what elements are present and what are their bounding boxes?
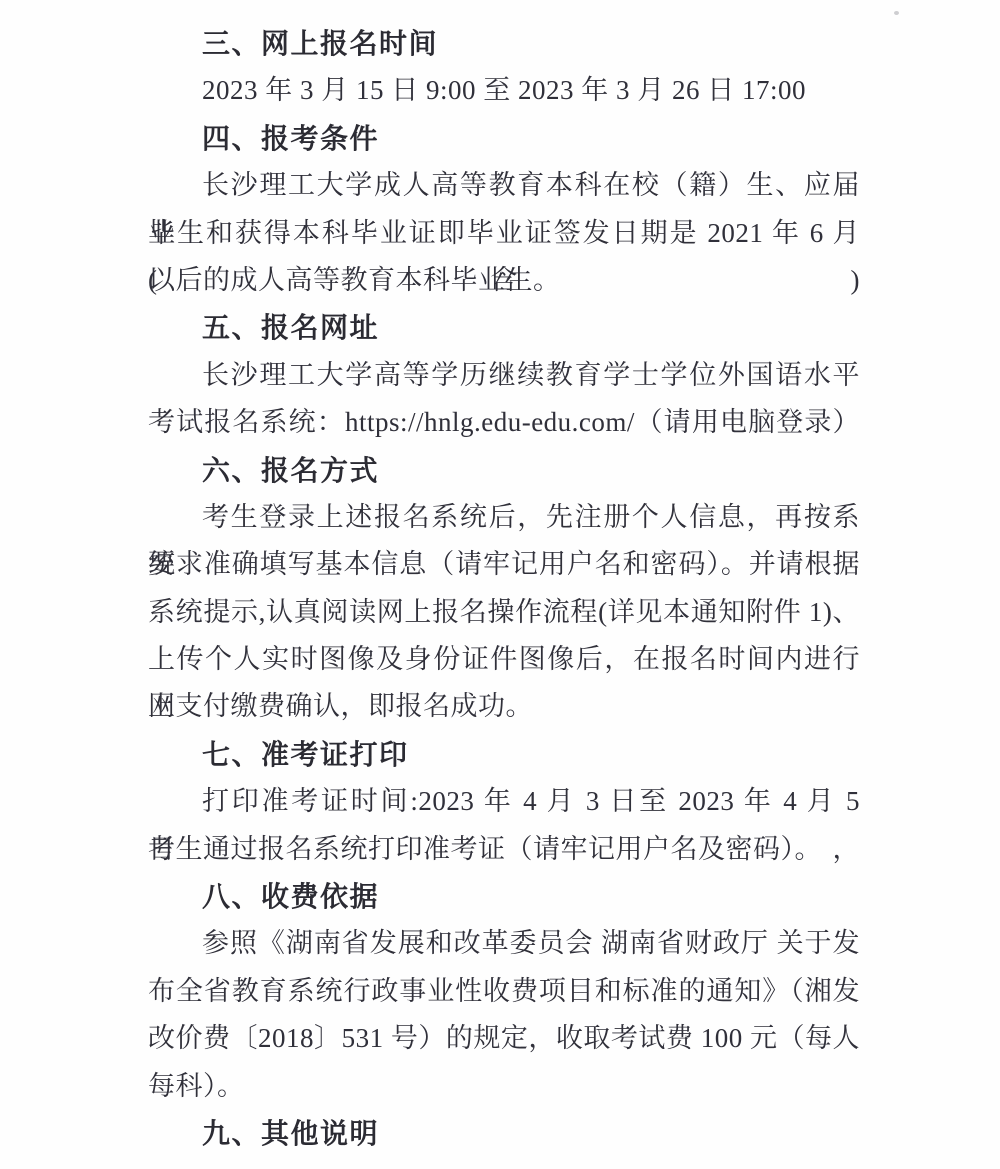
text-line: 参照《湖南省发展和改革委员会 湖南省财政厅 关于发 bbox=[148, 920, 860, 967]
section-heading: 七、准考证打印 bbox=[148, 731, 860, 778]
section-heading: 五、报名网址 bbox=[148, 304, 860, 351]
section-heading: 四、报考条件 bbox=[148, 115, 860, 162]
section-heading: 三、网上报名时间 bbox=[148, 20, 860, 67]
text-line: 考生通过报名系统打印准考证（请牢记用户名及密码）。 bbox=[148, 826, 860, 873]
text-line: 业生和获得本科毕业证即毕业证签发日期是 2021 年 6 月(含) bbox=[148, 210, 860, 257]
document-page: 三、网上报名时间2023 年 3 月 15 日 9:00 至 2023 年 3 … bbox=[0, 0, 1000, 1169]
text-line: 考试报名系统：https://hnlg.edu-edu.com/（请用电脑登录） bbox=[148, 399, 860, 446]
text-line: 上支付缴费确认，即报名成功。 bbox=[148, 683, 860, 730]
text-line: 打印准考证时间:2023 年 4 月 3 日至 2023 年 4 月 5 日， bbox=[148, 778, 860, 825]
text-line: 系统提示,认真阅读网上报名操作流程(详见本通知附件 1)、 bbox=[148, 589, 860, 636]
text-line: 上传个人实时图像及身份证件图像后，在报名时间内进行网 bbox=[148, 636, 860, 683]
document-content: 三、网上报名时间2023 年 3 月 15 日 9:00 至 2023 年 3 … bbox=[148, 20, 860, 1157]
section-heading: 六、报名方式 bbox=[148, 447, 860, 494]
text-line: 2023 年 3 月 15 日 9:00 至 2023 年 3 月 26 日 1… bbox=[148, 67, 860, 114]
text-line: 长沙理工大学高等学历继续教育学士学位外国语水平 bbox=[148, 352, 860, 399]
text-line: 要求准确填写基本信息（请牢记用户名和密码）。并请根据 bbox=[148, 541, 860, 588]
section-heading: 八、收费依据 bbox=[148, 873, 860, 920]
text-line: 改价费〔2018〕531 号）的规定，收取考试费 100 元（每人 bbox=[148, 1015, 860, 1062]
text-line: 考生登录上述报名系统后，先注册个人信息，再按系统 bbox=[148, 494, 860, 541]
text-line: 布全省教育系统行政事业性收费项目和标准的通知》（湘发 bbox=[148, 968, 860, 1015]
scan-artifact bbox=[894, 11, 899, 15]
text-line: 长沙理工大学成人高等教育本科在校（籍）生、应届毕 bbox=[148, 162, 860, 209]
section-heading: 九、其他说明 bbox=[148, 1110, 860, 1157]
text-line: 每科）。 bbox=[148, 1063, 860, 1110]
